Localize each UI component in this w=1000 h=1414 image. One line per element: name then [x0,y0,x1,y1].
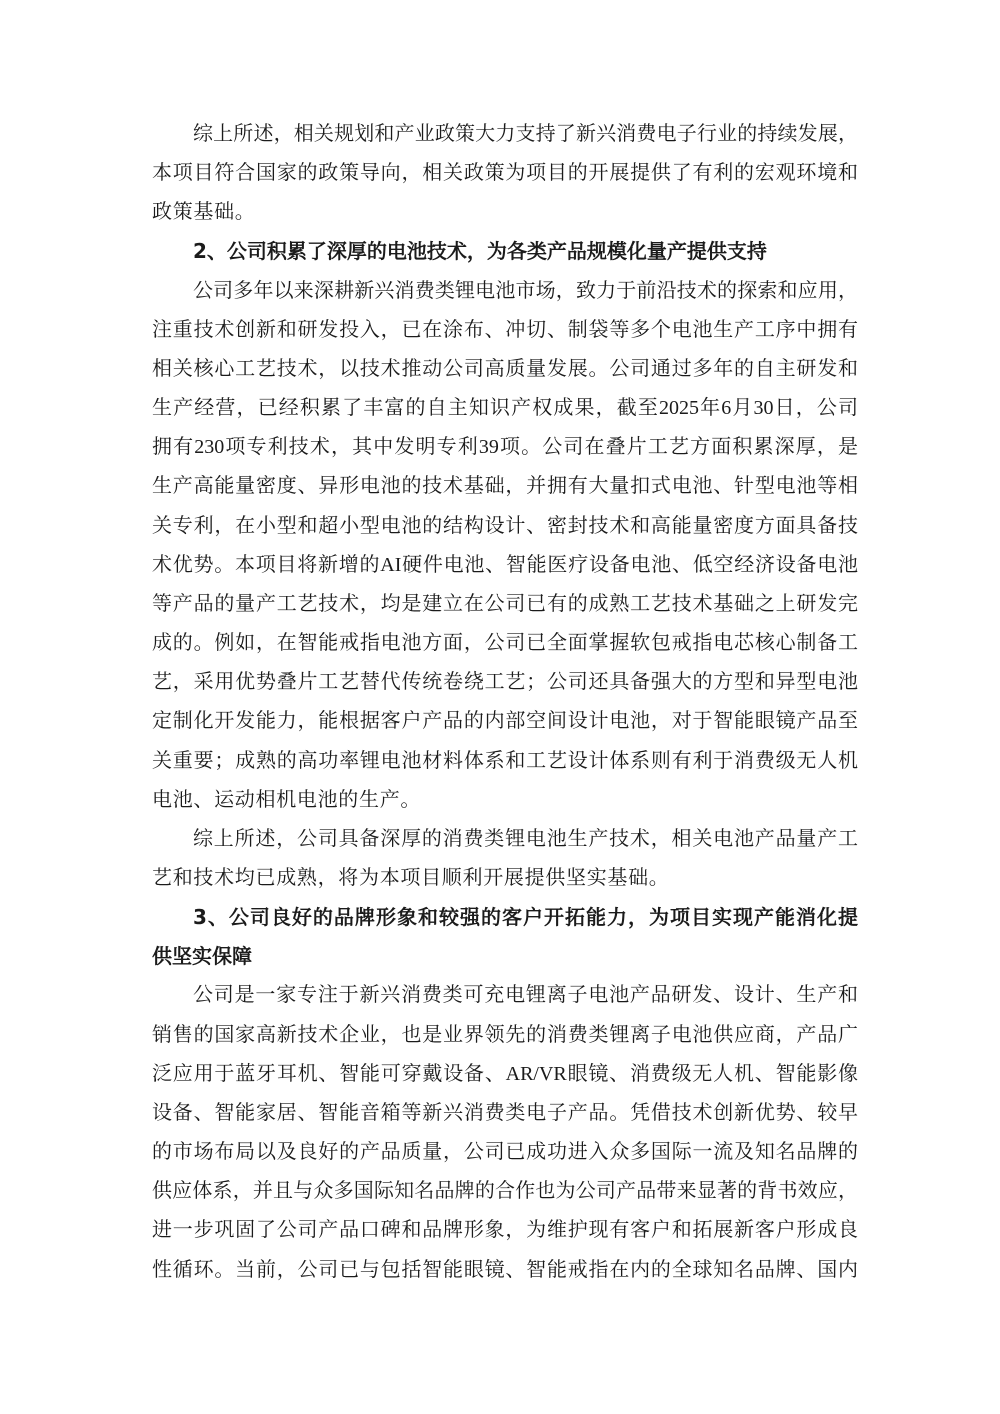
text-line: 艺，采用优势叠片工艺替代传统卷绕工艺；公司还具备强大的方型和异型电池 [152,663,858,702]
text-line: 设备、智能家居、智能音箱等新兴消费类电子产品。凭借技术创新优势、较早 [152,1094,858,1133]
section-heading-2: 2、公司积累了深厚的电池技术，为各类产品规模化量产提供支持 [152,232,858,271]
text-line: 供应体系，并且与众多国际知名品牌的合作也为公司产品带来显著的背书效应， [152,1172,858,1211]
text-line: 进一步巩固了公司产品口碑和品牌形象，为维护现有客户和拓展新客户形成良 [152,1211,858,1250]
section-heading-3: 3、公司良好的品牌形象和较强的客户开拓能力，为项目实现产能消化提 供坚实保障 [152,898,858,976]
text-line: 综上所述，公司具备深厚的消费类锂电池生产技术，相关电池产品量产工 [152,820,858,859]
text-line: 生产经营，已经积累了丰富的自主知识产权成果，截至2025年6月30日，公司 [152,389,858,428]
text-line: 公司是一家专注于新兴消费类可充电锂离子电池产品研发、设计、生产和 [152,976,858,1015]
text-line: 相关核心工艺技术，以技术推动公司高质量发展。公司通过多年的自主研发和 [152,350,858,389]
text-line: 综上所述，相关规划和产业政策大力支持了新兴消费电子行业的持续发展， [152,115,858,154]
text-line: 政策基础。 [152,193,858,232]
text-line: 定制化开发能力，能根据客户产品的内部空间设计电池，对于智能眼镜产品至 [152,702,858,741]
text-line: 术优势。本项目将新增的AI硬件电池、智能医疗设备电池、低空经济设备电池 [152,546,858,585]
text-line: 拥有230项专利技术，其中发明专利39项。公司在叠片工艺方面积累深厚，是 [152,428,858,467]
paragraph-brand-customers: 公司是一家专注于新兴消费类可充电锂离子电池产品研发、设计、生产和 销售的国家高新… [152,976,858,1289]
text-line: 艺和技术均已成熟，将为本项目顺利开展提供坚实基础。 [152,859,858,898]
text-line: 公司多年以来深耕新兴消费类锂电池市场，致力于前沿技术的探索和应用， [152,272,858,311]
text-line: 本项目符合国家的政策导向，相关政策为项目的开展提供了有利的宏观环境和 [152,154,858,193]
text-line: 泛应用于蓝牙耳机、智能可穿戴设备、AR/VR眼镜、消费级无人机、智能影像 [152,1055,858,1094]
text-line: 注重技术创新和研发投入，已在涂布、冲切、制袋等多个电池生产工序中拥有 [152,311,858,350]
paragraph-technology-summary: 综上所述，公司具备深厚的消费类锂电池生产技术，相关电池产品量产工 艺和技术均已成… [152,820,858,898]
text-line: 生产高能量密度、异形电池的技术基础，并拥有大量扣式电池、针型电池等相 [152,467,858,506]
text-line: 成的。例如，在智能戒指电池方面，公司已全面掌握软包戒指电芯核心制备工 [152,624,858,663]
text-line: 的市场布局以及良好的产品质量，公司已成功进入众多国际一流及知名品牌的 [152,1133,858,1172]
paragraph-battery-technology: 公司多年以来深耕新兴消费类锂电池市场，致力于前沿技术的探索和应用， 注重技术创新… [152,272,858,820]
paragraph-policy-summary: 综上所述，相关规划和产业政策大力支持了新兴消费电子行业的持续发展， 本项目符合国… [152,115,858,232]
text-line: 电池、运动相机电池的生产。 [152,781,858,820]
text-line: 性循环。当前，公司已与包括智能眼镜、智能戒指在内的全球知名品牌、国内 [152,1251,858,1290]
heading-line: 3、公司良好的品牌形象和较强的客户开拓能力，为项目实现产能消化提 [152,898,858,937]
heading-line: 供坚实保障 [152,937,858,976]
document-page: 综上所述，相关规划和产业政策大力支持了新兴消费电子行业的持续发展， 本项目符合国… [0,0,1000,1414]
document-body: 综上所述，相关规划和产业政策大力支持了新兴消费电子行业的持续发展， 本项目符合国… [152,115,858,1290]
text-line: 关重要；成熟的高功率锂电池材料体系和工艺设计体系则有利于消费级无人机 [152,742,858,781]
text-line: 等产品的量产工艺技术，均是建立在公司已有的成熟工艺技术基础之上研发完 [152,585,858,624]
text-line: 关专利，在小型和超小型电池的结构设计、密封技术和高能量密度方面具备技 [152,507,858,546]
heading-line: 2、公司积累了深厚的电池技术，为各类产品规模化量产提供支持 [152,232,858,271]
text-line: 销售的国家高新技术企业，也是业界领先的消费类锂离子电池供应商，产品广 [152,1016,858,1055]
